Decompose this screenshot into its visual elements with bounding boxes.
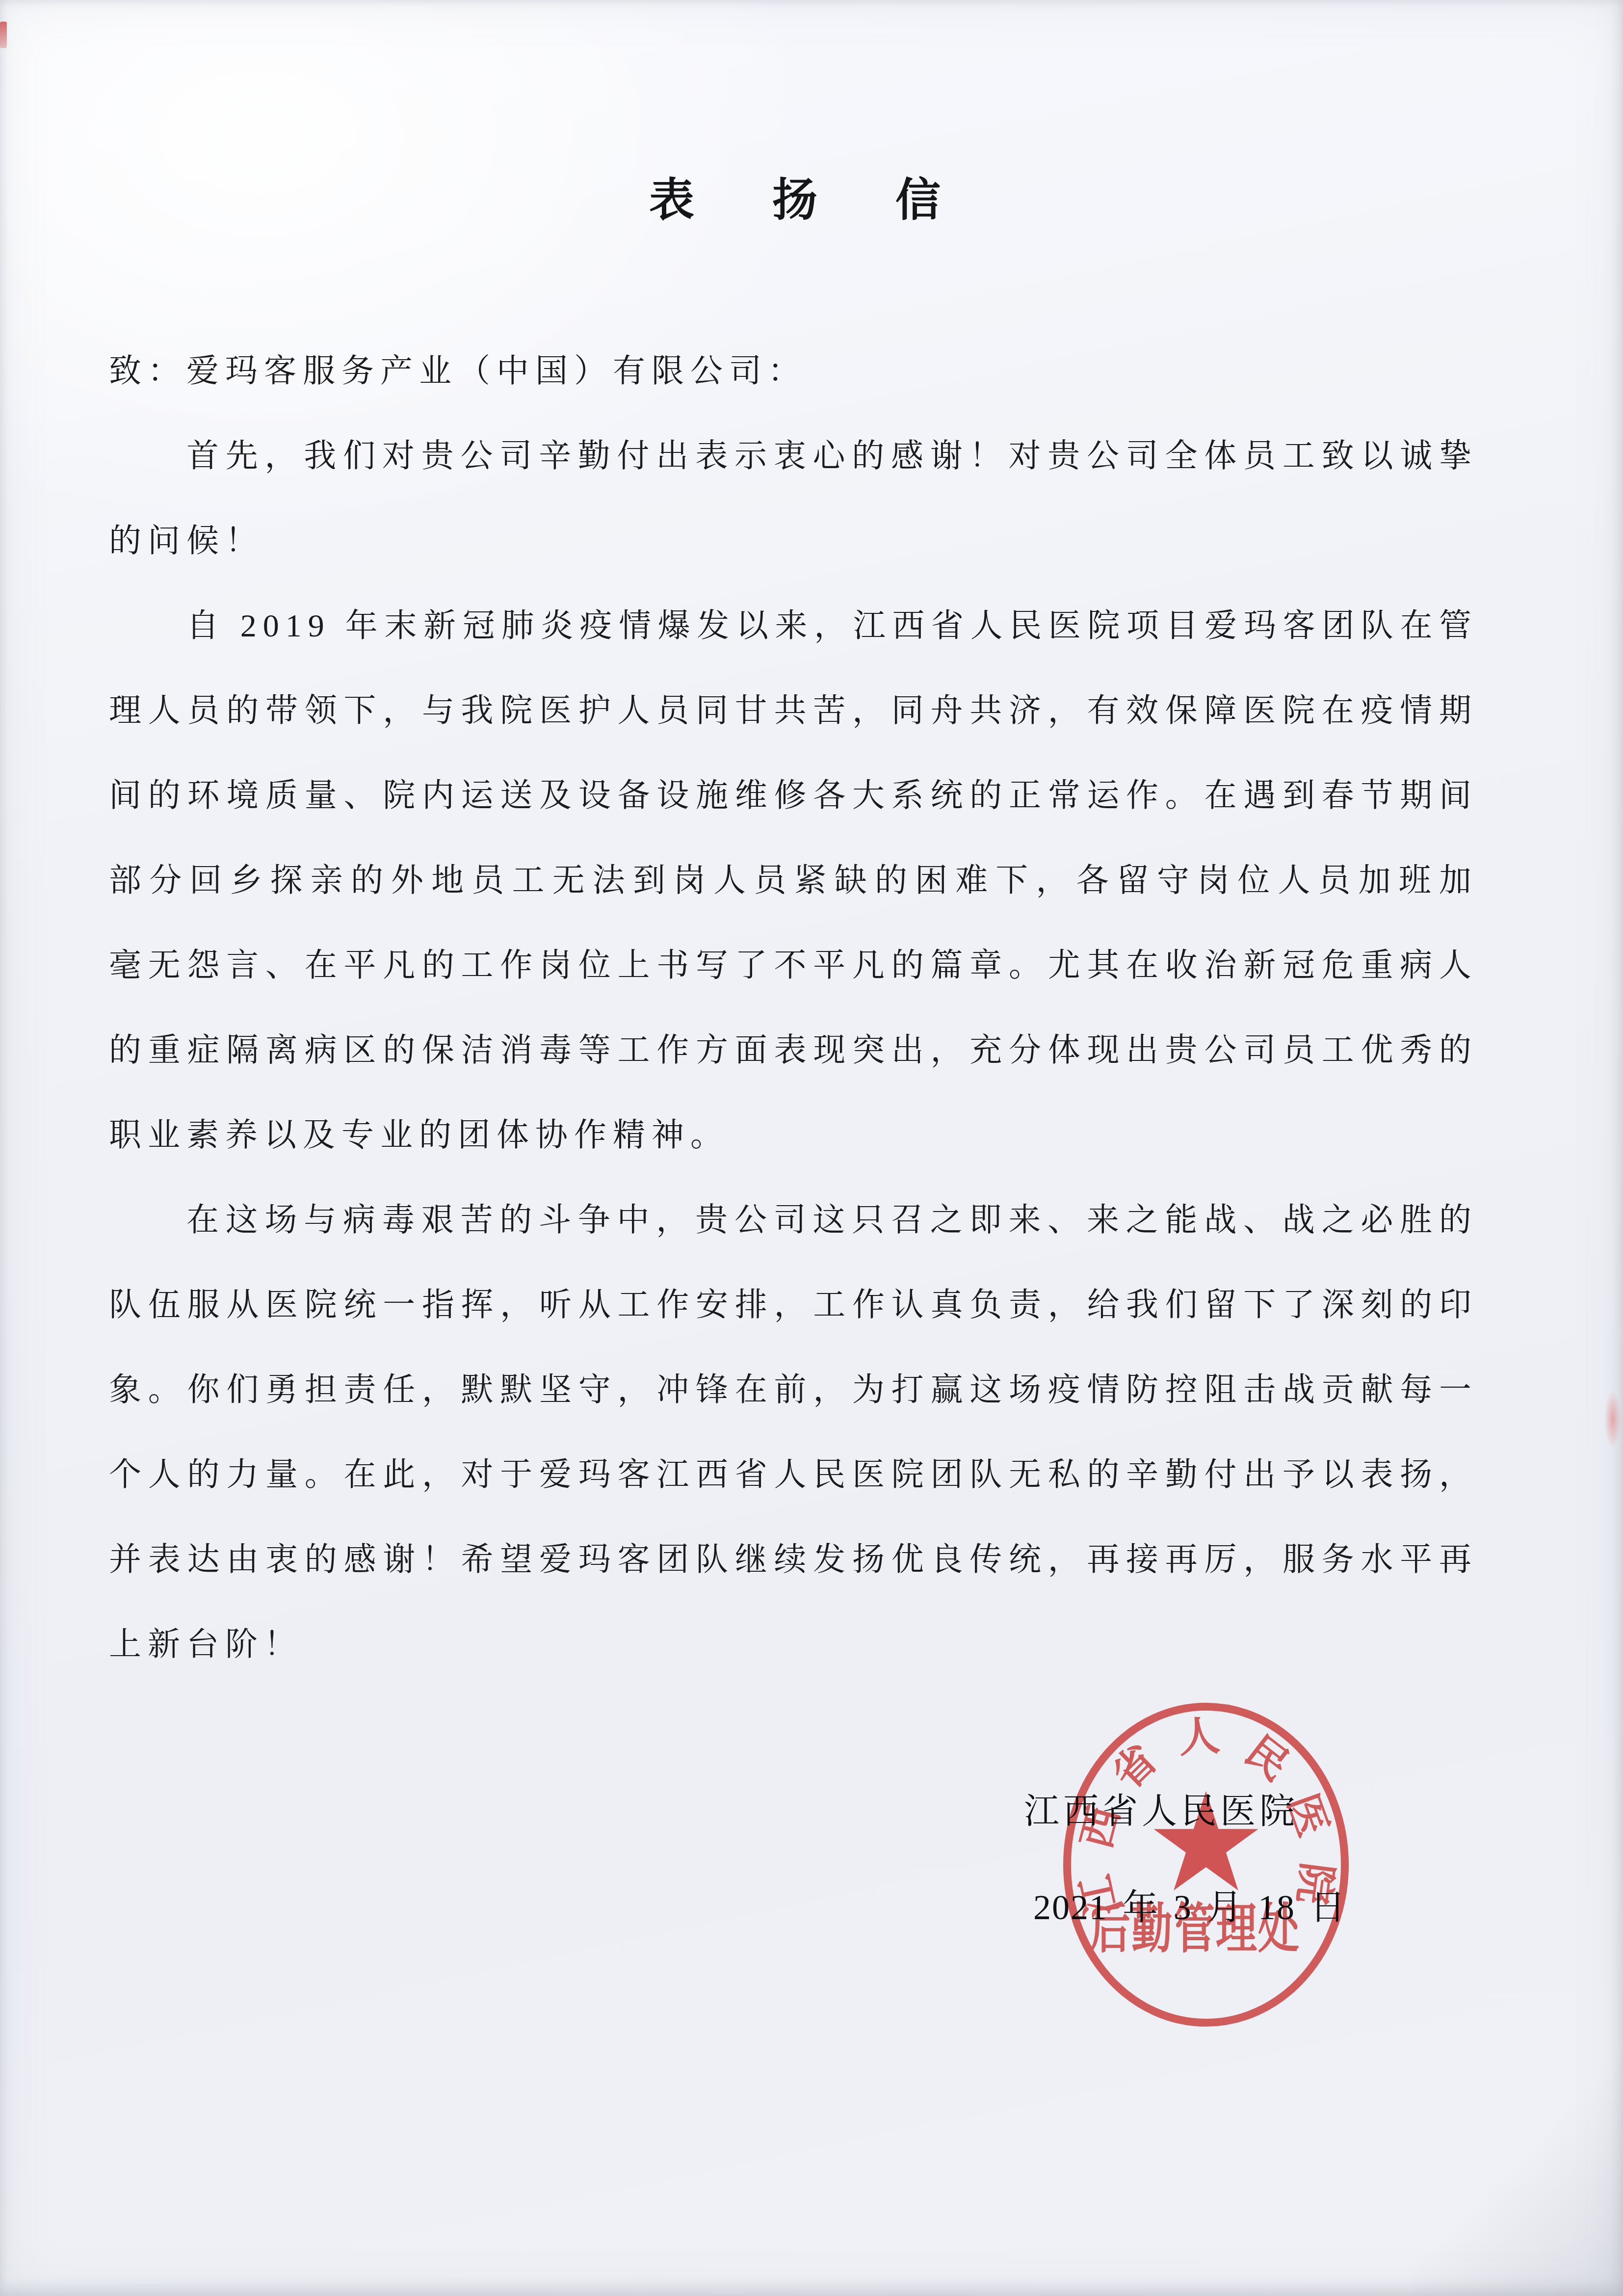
letter-line: 上新台阶！ — [109, 1602, 1478, 1687]
scan-artifact-red-dash — [0, 22, 7, 48]
scan-artifact-crease — [1412, 2060, 1623, 2296]
star-icon — [1154, 1791, 1258, 1891]
letter-line: 自 2019 年末新冠肺炎疫情爆发以来，江西省人民医院项目爱玛客团队在管 — [109, 583, 1478, 668]
scanned-letter-page: { "letter": { "title": "表 扬 信", "lines":… — [0, 0, 1623, 2296]
letter-line: 的问候！ — [109, 499, 1478, 583]
letter-line: 部分回乡探亲的外地员工无法到岗人员紧缺的困难下，各留守岗位人员加班加点、 — [109, 838, 1478, 923]
stamp-office-text: 后勤管理处 — [1089, 1900, 1300, 1959]
scan-artifact-pink-smudge — [1604, 1391, 1621, 1448]
letter-title: 表 扬 信 — [0, 168, 1623, 232]
letter-line: 在这场与病毒艰苦的斗争中，贵公司这只召之即来、来之能战、战之必胜的 — [109, 1178, 1478, 1263]
letter-line: 并表达由衷的感谢！希望爱玛客团队继续发扬优良传统，再接再厉，服务水平再 — [109, 1517, 1478, 1602]
letter-line: 职业素养以及专业的团体协作精神。 — [109, 1093, 1478, 1178]
letter-line: 象。你们勇担责任，默默坚守，冲锋在前，为打赢这场疫情防控阻击战贡献每一 — [109, 1347, 1478, 1432]
letter-line: 个人的力量。在此，对于爱玛客江西省人民医院团队无私的辛勤付出予以表扬， — [109, 1432, 1478, 1517]
official-seal-stamp: 江西省人民医院 后勤管理处 — [1059, 1698, 1353, 2032]
letter-line-salutation: 致：爱玛客服务产业（中国）有限公司： — [109, 329, 1478, 414]
letter-line: 首先，我们对贵公司辛勤付出表示衷心的感谢！对贵公司全体员工致以诚挚 — [109, 414, 1478, 499]
letter-line: 毫无怨言、在平凡的工作岗位上书写了不平凡的篇章。尤其在收治新冠危重病人 — [109, 923, 1478, 1008]
letter-body: 致：爱玛客服务产业（中国）有限公司： 首先，我们对贵公司辛勤付出表示衷心的感谢！… — [109, 329, 1478, 1687]
letter-line: 间的环境质量、院内运送及设备设施维修各大系统的正常运作。在遇到春节期间 — [109, 753, 1478, 838]
letter-line: 的重症隔离病区的保洁消毒等工作方面表现突出，充分体现出贵公司员工优秀的 — [109, 1008, 1478, 1093]
letter-line: 理人员的带领下，与我院医护人员同甘共苦，同舟共济，有效保障医院在疫情期 — [109, 668, 1478, 753]
letter-line: 队伍服从医院统一指挥，听从工作安排，工作认真负责，给我们留下了深刻的印 — [109, 1263, 1478, 1347]
